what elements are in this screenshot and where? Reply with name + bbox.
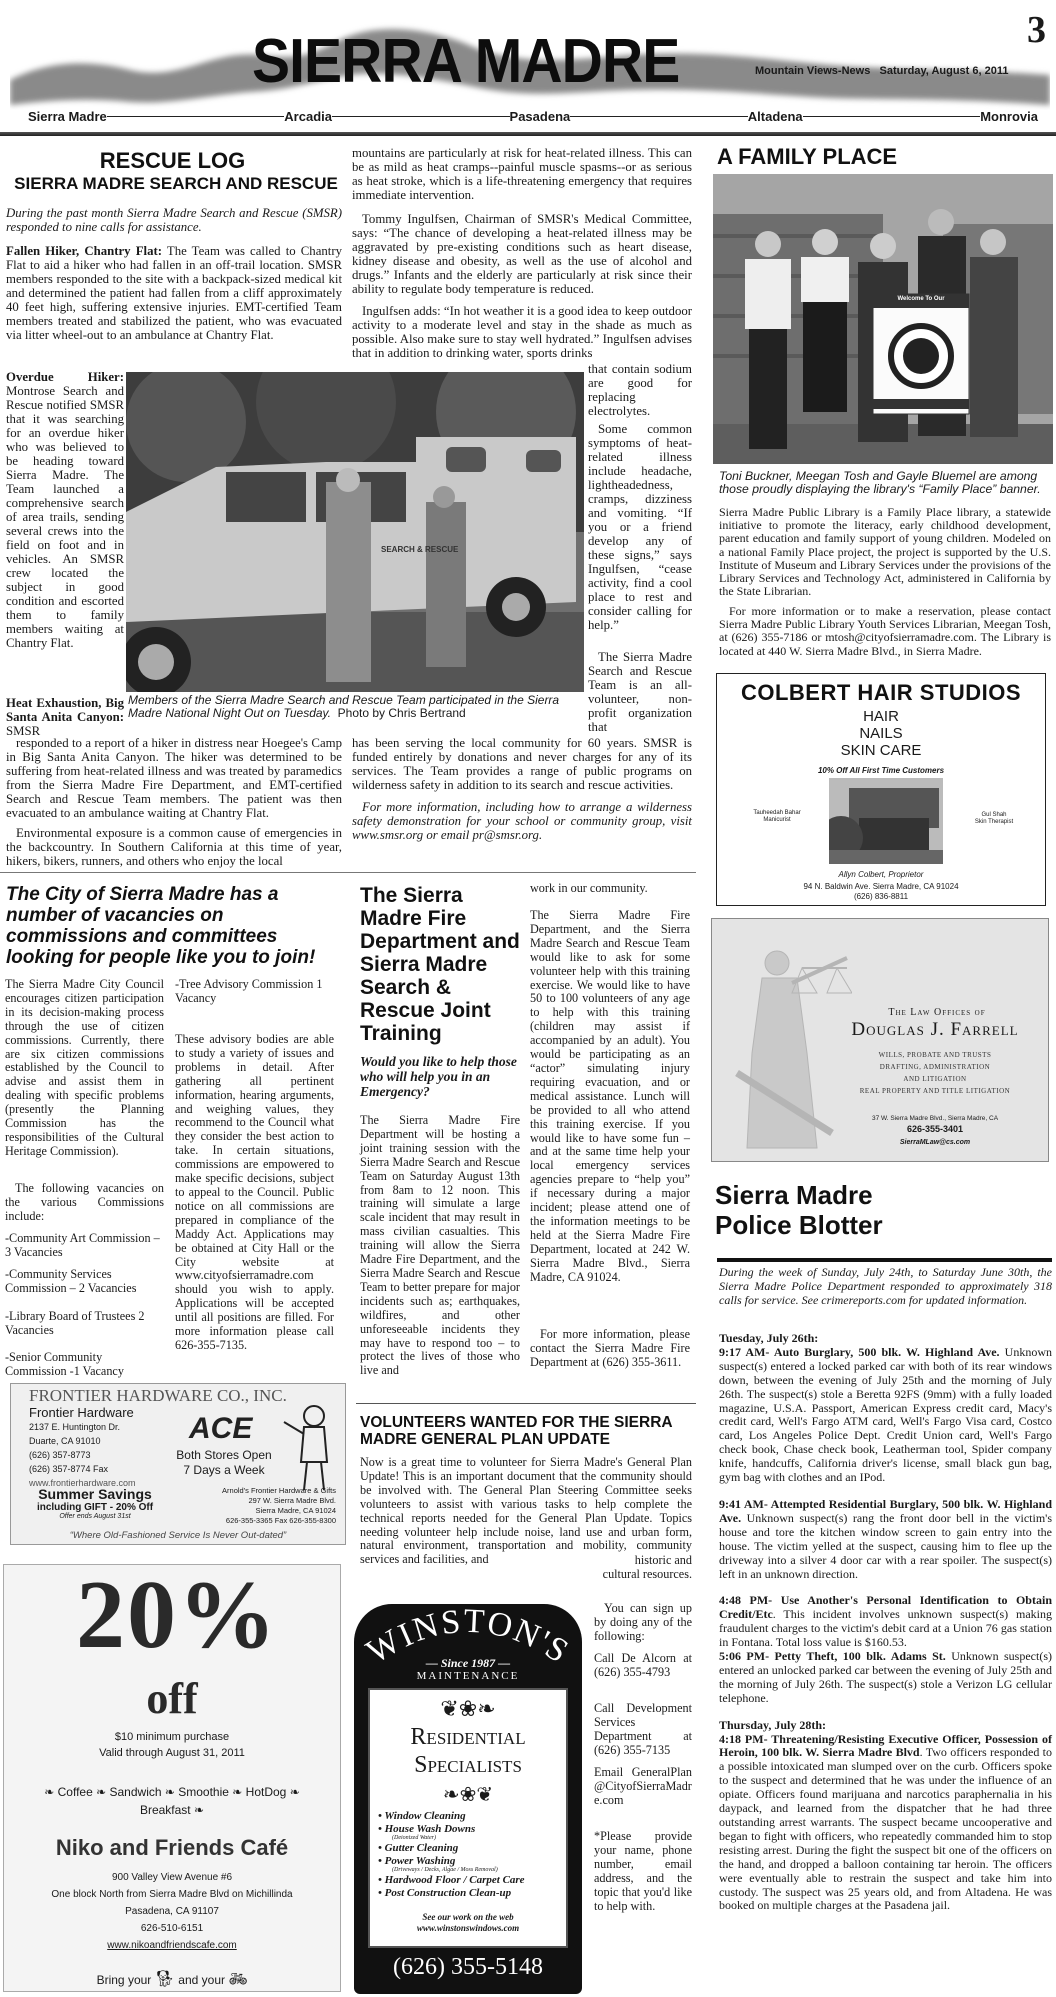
vacancies-para1: The Sierra Madre City Council encourages… [5, 978, 164, 1159]
ornament-icon: ❦❀❧ [370, 1696, 566, 1722]
general-plan-title: VOLUNTEERS WANTED FOR THE SIERRA MADRE G… [360, 1414, 690, 1448]
joint-training-para1: The Sierra Madre Fire Department will be… [360, 1114, 520, 1378]
frontier-hours: Both Stores Open7 Days a Week [169, 1448, 279, 1478]
niko-and-friends-cafe-ad[interactable]: 20% off $10 minimum purchase Valid throu… [3, 1564, 341, 1992]
vacancy-item: -Community Art Commission – 3 Vacancies [5, 1232, 165, 1260]
rescue-ingulfsen-adds: Ingulfsen adds: “In hot weather it is a … [352, 304, 692, 360]
winstons-services: • Window Cleaning • House Wash Downs (De… [378, 1810, 568, 1899]
vacancy-tree: -Tree Advisory Commission 1 Vacancy [175, 978, 325, 1006]
rescue-item-fallen-hiker: Fallen Hiker, Chantry Flat: The Team was… [6, 244, 342, 342]
vacancies-list: -Community Art Commission – 3 Vacancies … [5, 1232, 165, 1379]
law-offices-ad[interactable]: The Law Offices of Douglas J. Farrell WI… [711, 918, 1049, 1162]
colbert-left-staff: Tauheedah BaharManicurist [727, 810, 827, 824]
colbert-service: NAILS [717, 725, 1045, 742]
dog-icon: 🐕︎ [155, 1971, 175, 1988]
police-blotter-intro: During the week of Sunday, July 24th, to… [719, 1266, 1052, 1308]
frontier-company: FRONTIER HARDWARE CO., INC. [29, 1386, 287, 1406]
winstons-maintenance-ad[interactable]: WINSTON'S — Since 1987 — MAINTENANCE ❦❀❧… [354, 1604, 582, 1994]
law-address: 37 W. Sierra Madre Blvd., Sierra Madre, … [822, 1115, 1048, 1122]
law-phone: 626-355-3401 [822, 1124, 1048, 1134]
rescue-environmental: Environmental exposure is a common cause… [6, 826, 342, 868]
vacancy-item: -Senior Community Commission -1 Vacancy [5, 1351, 125, 1379]
vacancy-item: -Community Services Commission – 2 Vacan… [5, 1268, 145, 1296]
joint-training-col2-top: work in our community. [530, 881, 690, 896]
publication-name: Mountain Views-News [755, 65, 870, 77]
ornament-icon: ❧❀❦ [370, 1782, 566, 1807]
law-email[interactable]: SierraMLaw@cs.com [822, 1139, 1048, 1146]
joint-training-title: The Sierra Madre Fire Department and Sie… [360, 884, 525, 1045]
family-place-para1: Sierra Madre Public Library is a Family … [719, 506, 1051, 598]
frontier-slogan: “Where Old-Fashioned Service Is Never Ou… [11, 1530, 345, 1541]
general-plan-para1-end: historic and cultural resources. [600, 1554, 692, 1582]
hardware-mascot-icon [279, 1402, 339, 1494]
niko-minimum: $10 minimum purchase [4, 1731, 340, 1743]
rescue-heat-continued: responded to a report of a hiker in dist… [6, 736, 342, 820]
rescue-sodium: that contain sodium are good for replaci… [588, 362, 692, 418]
service-item: • House Wash Downs [378, 1823, 568, 1836]
vacancies-title: The City of Sierra Madre has a number of… [6, 884, 341, 968]
winstons-head2: Specialists [370, 1752, 566, 1779]
family-place-caption: Toni Buckner, Meegan Tosh and Gayle Blue… [719, 470, 1049, 496]
general-plan-option: Call Development Services Department at … [594, 1702, 692, 1758]
rescue-log-article: RESCUE LOG SIERRA MADRE SEARCH AND RESCU… [0, 140, 700, 870]
rescue-team-start: The Sierra Madre Search and Rescue Team … [588, 650, 692, 734]
niko-discount: 20% [12, 1559, 342, 1671]
winstons-head1: Residential [370, 1724, 566, 1751]
winstons-since: — Since 1987 — [354, 1656, 582, 1671]
rescue-col2-top: mountains are particularly at risk for h… [352, 146, 692, 202]
rescue-photo-caption: Members of the Sierra Madre Search and R… [128, 694, 584, 720]
niko-menu: ❧ Coffee ❧ Sandwich ❧ Smoothie ❧ HotDog … [4, 1785, 340, 1799]
general-plan-para1: Now is a great time to volunteer for Sie… [360, 1456, 692, 1567]
blotter-day-heading: Tuesday, July 26th: [719, 1332, 1052, 1346]
frontier-store1: Frontier Hardware 2137 E. Huntington Dr.… [29, 1406, 136, 1490]
rescue-team-photo: SEARCH & RESCUE [126, 372, 584, 692]
rescue-log-intro: During the past month Sierra Madre Searc… [6, 206, 342, 234]
winstons-maintenance: MAINTENANCE [354, 1670, 582, 1682]
frontier-store2: Arnold's Frontier Hardware & Gifts297 W.… [176, 1486, 336, 1526]
vacancies-article: The City of Sierra Madre has a number of… [0, 876, 350, 1366]
rescue-log-title: RESCUE LOG [0, 148, 345, 174]
joint-training-subhead: Would you like to help those who will he… [360, 1054, 522, 1099]
family-place-title: A FAMILY PLACE [717, 144, 897, 170]
section-divider [356, 1403, 696, 1404]
family-place-para2: For more information or to make a reserv… [719, 605, 1051, 658]
blotter-entry: 5:06 PM- Petty Theft, 100 blk. Adams St.… [719, 1650, 1052, 1706]
service-item: • Hardwood Floor / Carpet Care [378, 1874, 568, 1887]
town-label: Pasadena [510, 109, 571, 124]
rescue-item-heat-exhaustion: Heat Exhaustion, Big Santa Anita Canyon:… [6, 696, 124, 738]
blotter-entry: 4:48 PM- Use Another's Personal Identifi… [719, 1594, 1052, 1650]
truck-label: SEARCH & RESCUE [381, 545, 459, 554]
rescue-symptoms: Some common symptoms of heat-related ill… [588, 422, 692, 632]
bicycle-icon: 🚲︎ [228, 1971, 247, 1988]
niko-address: 900 Valley View Avenue #6One block North… [4, 1869, 340, 1954]
ace-logo: ACE [189, 1412, 252, 1446]
photo-credit: Photo by Chris Bertrand [338, 706, 466, 720]
rescue-ingulfsen-quote: Tommy Ingulfsen, Chairman of SMSR's Medi… [352, 212, 692, 296]
colbert-service: HAIR [717, 708, 1045, 725]
masthead-title: SIERRA MADRE [252, 26, 679, 97]
banner-text: Welcome To Our [875, 296, 967, 302]
niko-bring-line: Bring your 🐕︎ and your 🚲︎ [4, 1969, 340, 1989]
general-plan-option: Email GeneralPlan@CityofSierraMadre.com [594, 1766, 692, 1808]
section-divider [0, 872, 696, 873]
service-item: • Post Construction Clean-up [378, 1887, 568, 1900]
joint-training-para3: For more information, please contact the… [530, 1328, 690, 1370]
rescue-more-info: For more information, including how to a… [352, 800, 692, 842]
blotter-entry: 4:18 PM- Threatening/Resisting Executive… [719, 1733, 1052, 1914]
town-line: Sierra Madre Arcadia Pasadena Altadena M… [28, 108, 1038, 124]
rescue-log-subtitle: SIERRA MADRE SEARCH AND RESCUE [6, 174, 346, 194]
rescue-team-continued: has been serving the local community for… [352, 736, 692, 792]
winstons-web[interactable]: See our work on the webwww.winstonswindo… [370, 1912, 566, 1934]
service-item: • Power Washing [378, 1855, 568, 1868]
rescue-truck-image: SEARCH & RESCUE [126, 372, 584, 692]
service-item: • Gutter Cleaning [378, 1842, 568, 1855]
blotter-entry: 9:41 AM- Attempted Residential Burglary,… [719, 1498, 1052, 1581]
niko-valid: Valid through August 31, 2011 [4, 1747, 340, 1759]
publication-info: Mountain Views-News Saturday, August 6, … [755, 65, 1009, 77]
town-label: Monrovia [980, 109, 1038, 124]
vacancy-item: -Library Board of Trustees 2 Vacancies [5, 1310, 145, 1338]
general-plan-note: *Please provide your name, phone number,… [594, 1830, 692, 1913]
colbert-right-staff: Gul ShahSkin Therapist [949, 812, 1039, 826]
town-label: Sierra Madre [28, 109, 107, 124]
library-group-image [713, 174, 1053, 464]
vacancies-para3: These advisory bodies are able to study … [175, 1033, 334, 1353]
service-item: • Window Cleaning [378, 1810, 568, 1823]
masthead-rule [0, 132, 1056, 136]
colbert-offer: 10% Off All First Time Customers [717, 766, 1045, 775]
winstons-inner-panel: ❦❀❧ Residential Specialists ❧❀❦ • Window… [368, 1688, 568, 1948]
blotter-entry: 9:17 AM- Auto Burglary, 500 blk. W. High… [719, 1346, 1052, 1485]
town-label: Altadena [748, 109, 803, 124]
law-name: Douglas J. Farrell [822, 1019, 1048, 1041]
salon-storefront-photo [829, 778, 943, 864]
colbert-phone: (626) 836-8811 [717, 892, 1045, 901]
town-label: Arcadia [284, 109, 332, 124]
winstons-phone: (626) 355-5148 [354, 1954, 582, 1981]
blotter-day-heading: Thursday, July 28th: [719, 1719, 1052, 1733]
family-place-photo: Welcome To Our [713, 174, 1053, 464]
police-blotter-article: Sierra MadrePolice Blotter During the we… [705, 1172, 1056, 1997]
family-place-article: A FAMILY PLACE Welcome To Our Toni Buckn… [705, 140, 1056, 660]
niko-name: Niko and Friends Café [4, 1835, 340, 1861]
masthead: SIERRA MADRE 3 Mountain Views-News Satur… [0, 0, 1056, 138]
colbert-name: COLBERT HAIR STUDIOS [717, 680, 1045, 706]
police-blotter-rule [717, 1258, 1052, 1262]
rescue-item-overdue-hiker: Overdue Hiker: Montrose Search and Rescu… [6, 370, 124, 650]
frontier-promo: Summer Savings including GIFT - 20% Off … [25, 1486, 165, 1520]
law-practice-areas: WILLS, PROBATE AND TRUSTSDRAFTING, ADMIN… [822, 1049, 1048, 1097]
colbert-hair-studios-ad[interactable]: COLBERT HAIR STUDIOS HAIR NAILS SKIN CAR… [716, 673, 1046, 906]
general-plan-option: Call De Alcorn at (626) 355-4793 [594, 1652, 692, 1680]
joint-training-article: The Sierra Madre Fire Department and Sie… [350, 876, 700, 1366]
page-number: 3 [1027, 8, 1046, 52]
colbert-service: SKIN CARE [717, 742, 1045, 759]
vacancies-para2: The following vacancies on the various C… [5, 1182, 164, 1224]
police-blotter-title: Sierra MadrePolice Blotter [715, 1180, 883, 1240]
niko-website[interactable]: www.nikoandfriendscafe.com [4, 1937, 340, 1954]
joint-training-para2: The Sierra Madre Fire Department, and th… [530, 909, 690, 1284]
general-plan-signup: You can sign up by doing any of the foll… [594, 1602, 692, 1644]
colbert-address: 94 N. Baldwin Ave. Sierra Madre, CA 9102… [717, 882, 1045, 891]
frontier-hardware-ad[interactable]: FRONTIER HARDWARE CO., INC. Frontier Har… [10, 1383, 346, 1545]
niko-menu-breakfast: Breakfast ❧ [4, 1803, 340, 1817]
issue-date: Saturday, August 6, 2011 [880, 65, 1009, 77]
blotter-day: Tuesday, July 26th: 9:17 AM- Auto Burgla… [719, 1332, 1052, 1913]
law-prefix: The Law Offices of [832, 1007, 1042, 1018]
niko-off: off [4, 1673, 340, 1724]
colbert-proprietor: Allyn Colbert, Proprietor [717, 870, 1045, 879]
